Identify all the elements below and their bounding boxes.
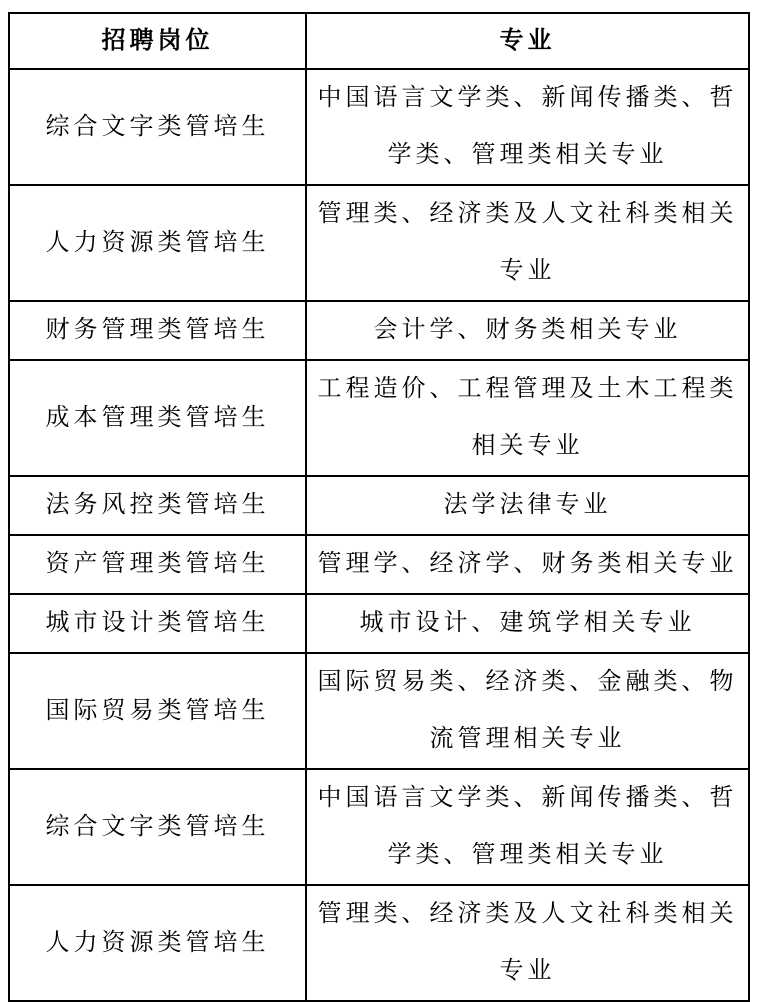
position-cell: 综合文字类管培生	[9, 69, 306, 185]
position-cell: 人力资源类管培生	[9, 185, 306, 301]
document-page: 招聘岗位 专业 综合文字类管培生 中国语言文学类、新闻传播类、哲学类、管理类相关…	[8, 12, 750, 1002]
position-cell: 成本管理类管培生	[9, 360, 306, 476]
header-row: 招聘岗位 专业	[9, 13, 749, 69]
header-cell-major: 专业	[306, 13, 749, 69]
table-row: 法务风控类管培生 法学法律专业	[9, 476, 749, 535]
major-cell: 城市设计、建筑学相关专业	[306, 594, 749, 653]
table-row: 人力资源类管培生 管理类、经济类及人文社科类相关专业	[9, 185, 749, 301]
position-cell: 法务风控类管培生	[9, 476, 306, 535]
major-cell: 国际贸易类、经济类、金融类、物流管理相关专业	[306, 653, 749, 769]
major-cell: 会计学、财务类相关专业	[306, 301, 749, 360]
table-row: 综合文字类管培生 中国语言文学类、新闻传播类、哲学类、管理类相关专业	[9, 69, 749, 185]
position-cell: 国际贸易类管培生	[9, 653, 306, 769]
major-cell: 管理类、经济类及人文社科类相关专业	[306, 885, 749, 1001]
table-row: 国际贸易类管培生 国际贸易类、经济类、金融类、物流管理相关专业	[9, 653, 749, 769]
table-row: 城市设计类管培生 城市设计、建筑学相关专业	[9, 594, 749, 653]
recruitment-table: 招聘岗位 专业 综合文字类管培生 中国语言文学类、新闻传播类、哲学类、管理类相关…	[8, 12, 750, 1002]
position-cell: 人力资源类管培生	[9, 885, 306, 1001]
position-cell: 城市设计类管培生	[9, 594, 306, 653]
table-header: 招聘岗位 专业	[9, 13, 749, 69]
major-cell: 中国语言文学类、新闻传播类、哲学类、管理类相关专业	[306, 769, 749, 885]
major-cell: 中国语言文学类、新闻传播类、哲学类、管理类相关专业	[306, 69, 749, 185]
major-cell: 工程造价、工程管理及土木工程类相关专业	[306, 360, 749, 476]
major-cell: 管理类、经济类及人文社科类相关专业	[306, 185, 749, 301]
header-cell-position: 招聘岗位	[9, 13, 306, 69]
position-cell: 综合文字类管培生	[9, 769, 306, 885]
position-cell: 财务管理类管培生	[9, 301, 306, 360]
table-row: 财务管理类管培生 会计学、财务类相关专业	[9, 301, 749, 360]
position-cell: 资产管理类管培生	[9, 535, 306, 594]
major-cell: 管理学、经济学、财务类相关专业	[306, 535, 749, 594]
table-row: 成本管理类管培生 工程造价、工程管理及土木工程类相关专业	[9, 360, 749, 476]
table-body: 综合文字类管培生 中国语言文学类、新闻传播类、哲学类、管理类相关专业 人力资源类…	[9, 69, 749, 1001]
table-row: 人力资源类管培生 管理类、经济类及人文社科类相关专业	[9, 885, 749, 1001]
table-row: 资产管理类管培生 管理学、经济学、财务类相关专业	[9, 535, 749, 594]
major-cell: 法学法律专业	[306, 476, 749, 535]
table-row: 综合文字类管培生 中国语言文学类、新闻传播类、哲学类、管理类相关专业	[9, 769, 749, 885]
